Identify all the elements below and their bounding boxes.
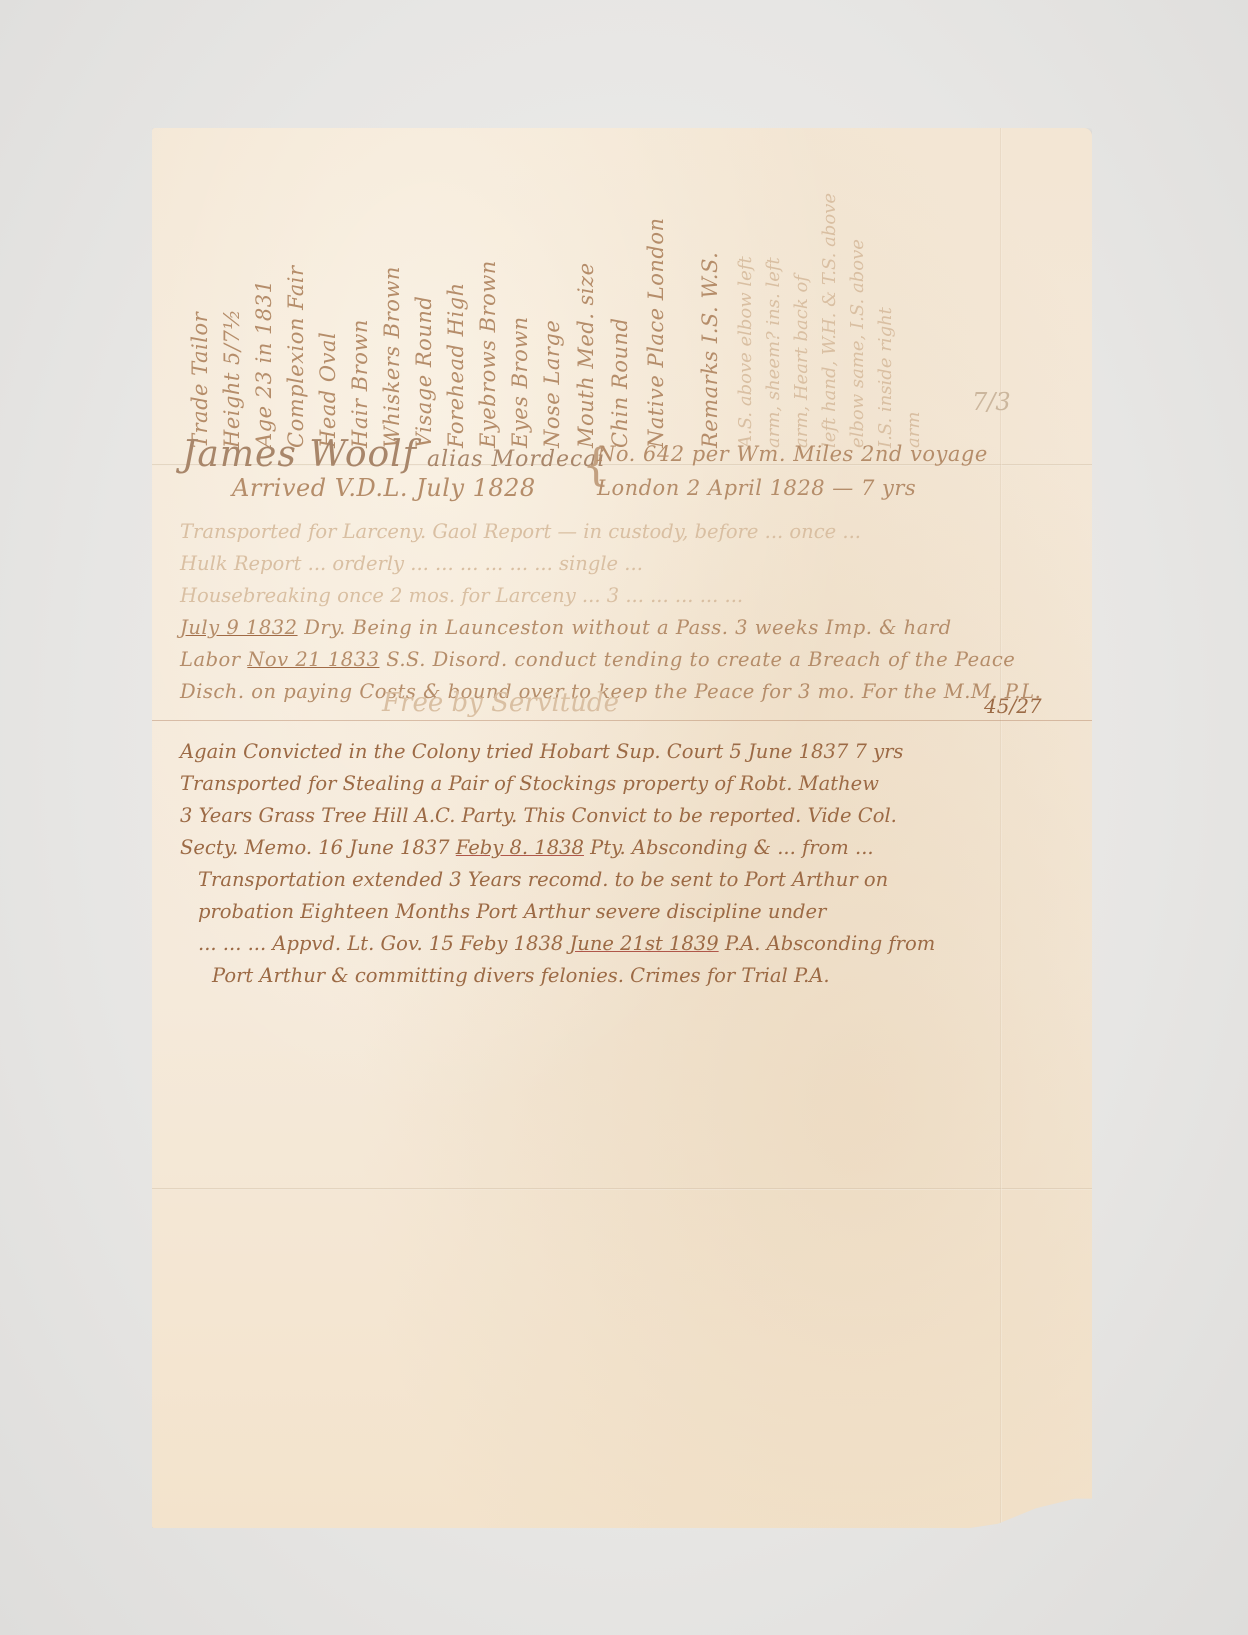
entry-date: June 21st 1839 <box>569 932 718 955</box>
entry-date: Feby 8. 1838 <box>456 836 584 859</box>
entry-date: Nov 21 1833 <box>247 648 379 671</box>
desc-complexion: Complexion Fair <box>284 265 308 448</box>
manuscript-page: Trade Tailor Height 5/7½ Age 23 in 1831 … <box>152 128 1092 1528</box>
convict-alias: alias Mordecai <box>427 447 605 472</box>
desc-head: Head Oval <box>316 332 340 448</box>
trial-line: London 2 April 1828 — 7 yrs <box>597 476 916 500</box>
desc-age: Age 23 in 1831 <box>252 280 276 449</box>
remarks-line: I.S. inside right <box>875 307 896 448</box>
conviction-entry: Transported for Stealing a Pair of Stock… <box>180 772 879 795</box>
description-register: Trade Tailor Height 5/7½ Age 23 in 1831 … <box>172 148 1012 448</box>
conduct-entry: Labor Nov 21 1833 S.S. Disord. conduct t… <box>180 648 1015 671</box>
desc-visage: Visage Round <box>412 296 436 448</box>
desc-nose: Nose Large <box>540 320 564 448</box>
free-by-servitude: Free by Servitude <box>382 688 619 718</box>
desc-eyes: Eyes Brown <box>508 316 532 448</box>
conviction-entry: probation Eighteen Months Port Arthur se… <box>198 900 826 923</box>
remarks-line: A.S. above elbow left <box>735 256 756 448</box>
remarks-line: arm, sheem? ins. left <box>763 257 784 448</box>
conviction-entry: ... ... ... Appvd. Lt. Gov. 15 Feby 1838… <box>198 932 935 955</box>
desc-native-place: Native Place London <box>644 218 668 449</box>
conviction-entry: Transportation extended 3 Years recomd. … <box>198 868 888 891</box>
folio-number: 45/27 <box>984 694 1042 718</box>
desc-mouth: Mouth Med. size <box>574 262 598 448</box>
conviction-entry: Again Convicted in the Colony tried Hoba… <box>180 740 903 763</box>
desc-forehead: Forehead High <box>444 282 468 448</box>
faded-line: Transported for Larceny. Gaol Report — i… <box>180 520 861 543</box>
convict-name: James Woolfalias Mordecai <box>182 434 605 475</box>
desc-whiskers: Whiskers Brown <box>380 266 404 448</box>
conviction-entry: Secty. Memo. 16 June 1837 Feby 8. 1838 P… <box>180 836 874 859</box>
conduct-entry: July 9 1832 Dry. Being in Launceston wit… <box>180 616 952 639</box>
desc-trade: Trade Tailor <box>188 312 212 448</box>
conviction-entry: 3 Years Grass Tree Hill A.C. Party. This… <box>180 804 897 827</box>
remarks-line: elbow same, I.S. above <box>847 239 868 448</box>
desc-hair: Hair Brown <box>348 319 372 448</box>
corner-mark: 7/3 <box>972 388 1011 416</box>
faded-line: Housebreaking once 2 mos. for Larceny ..… <box>180 584 743 607</box>
remarks-line: left hand, W.H. & T.S. above <box>819 193 840 448</box>
conviction-entry: Port Arthur & committing divers felonies… <box>212 964 830 987</box>
fold-line-lower <box>152 1188 1092 1190</box>
entry-date: July 9 1832 <box>180 616 298 639</box>
section-divider <box>152 720 1092 721</box>
convict-number-ship: No. 642 per Wm. Miles 2nd voyage <box>597 442 988 466</box>
faded-line: Hulk Report ... orderly ... ... ... ... … <box>180 552 643 575</box>
desc-eyebrows: Eyebrows Brown <box>476 260 500 448</box>
desc-remarks: Remarks I.S. W.S. <box>698 252 722 448</box>
desc-height: Height 5/7½ <box>220 309 244 448</box>
desc-chin: Chin Round <box>608 318 632 448</box>
remarks-line: arm, Heart back of <box>791 275 812 448</box>
arrival-line: Arrived V.D.L. July 1828 <box>232 474 536 502</box>
